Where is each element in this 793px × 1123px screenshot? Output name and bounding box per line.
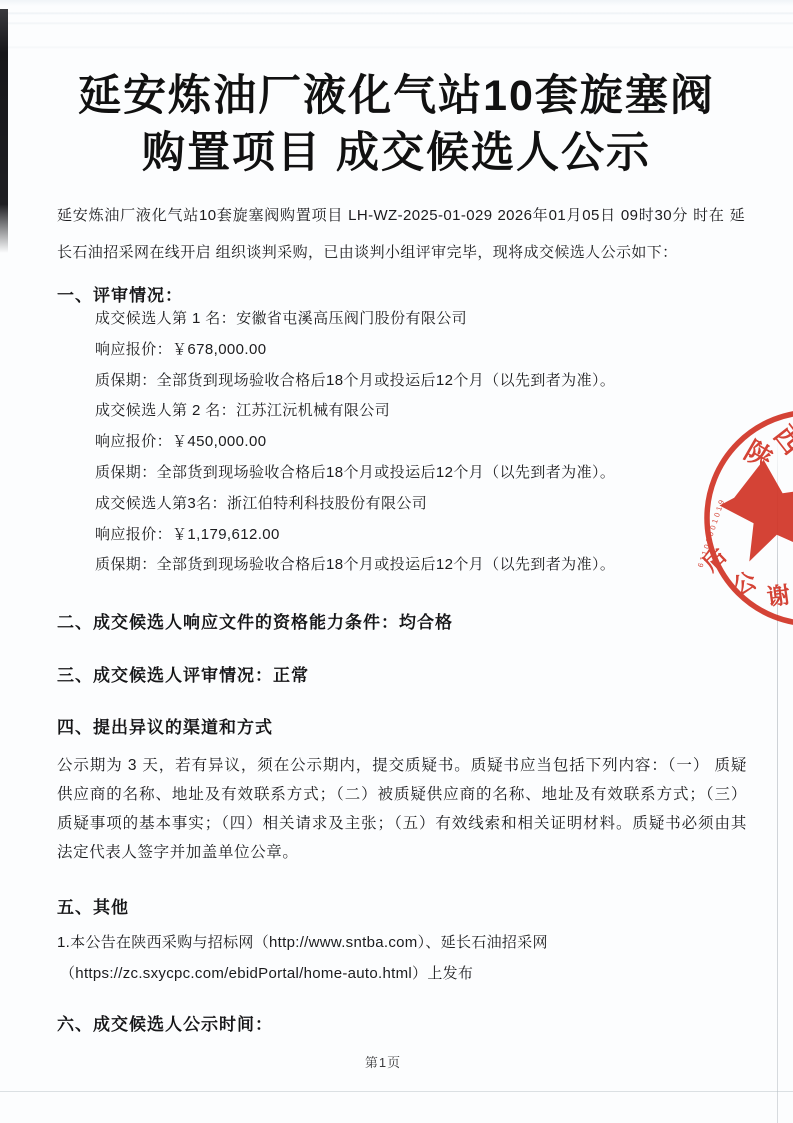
candidate1-warranty: 质保期：全部货到现场验收合格后18个月或投运后12个月（以先到者为准）。 — [95, 366, 755, 397]
page-title-line2: 购置项目 成交候选人公示 — [0, 125, 793, 182]
page-title-line1: 延安炼油厂液化气站10套旋塞阀 — [0, 68, 793, 125]
section1-heading: 一、评审情况： — [57, 281, 183, 306]
candidate3-warranty: 质保期：全部货到现场验收合格后18个月或投运后12个月（以先到者为准）。 — [95, 550, 755, 581]
candidate1-price: 响应报价：￥678,000.00 — [95, 335, 755, 366]
candidate2-warranty: 质保期：全部货到现场验收合格后18个月或投运后12个月（以先到者为准）。 — [95, 458, 755, 489]
section5-line2: （https://zc.sxycpc.com/ebidPortal/home-a… — [60, 962, 760, 983]
candidate1-rank: 成交候选人第 1 名：安徽省屯溪高压阀门股份有限公司 — [95, 304, 755, 335]
section2-heading: 二、成交候选人响应文件的资格能力条件：均合格 — [57, 608, 453, 633]
candidate3-price: 响应报价：￥1,179,612.00 — [95, 520, 755, 551]
page-title: 延安炼油厂液化气站10套旋塞阀 购置项目 成交候选人公示 — [0, 68, 793, 182]
section3-heading: 三、成交候选人评审情况：正常 — [57, 661, 309, 686]
section6-heading: 六、成交候选人公示时间： — [57, 1010, 273, 1035]
candidate-list: 成交候选人第 1 名：安徽省屯溪高压阀门股份有限公司 响应报价：￥678,000… — [95, 304, 755, 581]
section5-line1: 1.本公告在陕西采购与招标网（http://www.sntba.com）、延长石… — [57, 931, 757, 952]
footer-page-number: 第1页 — [0, 1052, 766, 1071]
document-page: 延安炼油厂液化气站10套旋塞阀 购置项目 成交候选人公示 延安炼油厂液化气站10… — [0, 0, 793, 1123]
candidate2-price: 响应报价：￥450,000.00 — [95, 427, 755, 458]
section5-heading: 五、其他 — [57, 893, 129, 918]
section4-body: 公示期为 3 天，若有异议，须在公示期内，提交质疑书。质疑书应当包括下列内容：（… — [57, 751, 747, 867]
scan-bottom-line — [0, 1091, 793, 1092]
section4-heading: 四、提出异议的渠道和方式 — [57, 713, 273, 738]
seal-arc-char2: 西 — [768, 420, 793, 460]
seal-bottom-char3: 谢 — [765, 581, 791, 610]
scan-fold-line — [777, 430, 778, 1123]
candidate3-rank: 成交候选人第3名：浙江伯特利科技股份有限公司 — [95, 489, 755, 520]
candidate2-rank: 成交候选人第 2 名：江苏江沅机械有限公司 — [95, 396, 755, 427]
intro-paragraph: 延安炼油厂液化气站10套旋塞阀购置项目 LH-WZ-2025-01-029 20… — [57, 197, 745, 271]
